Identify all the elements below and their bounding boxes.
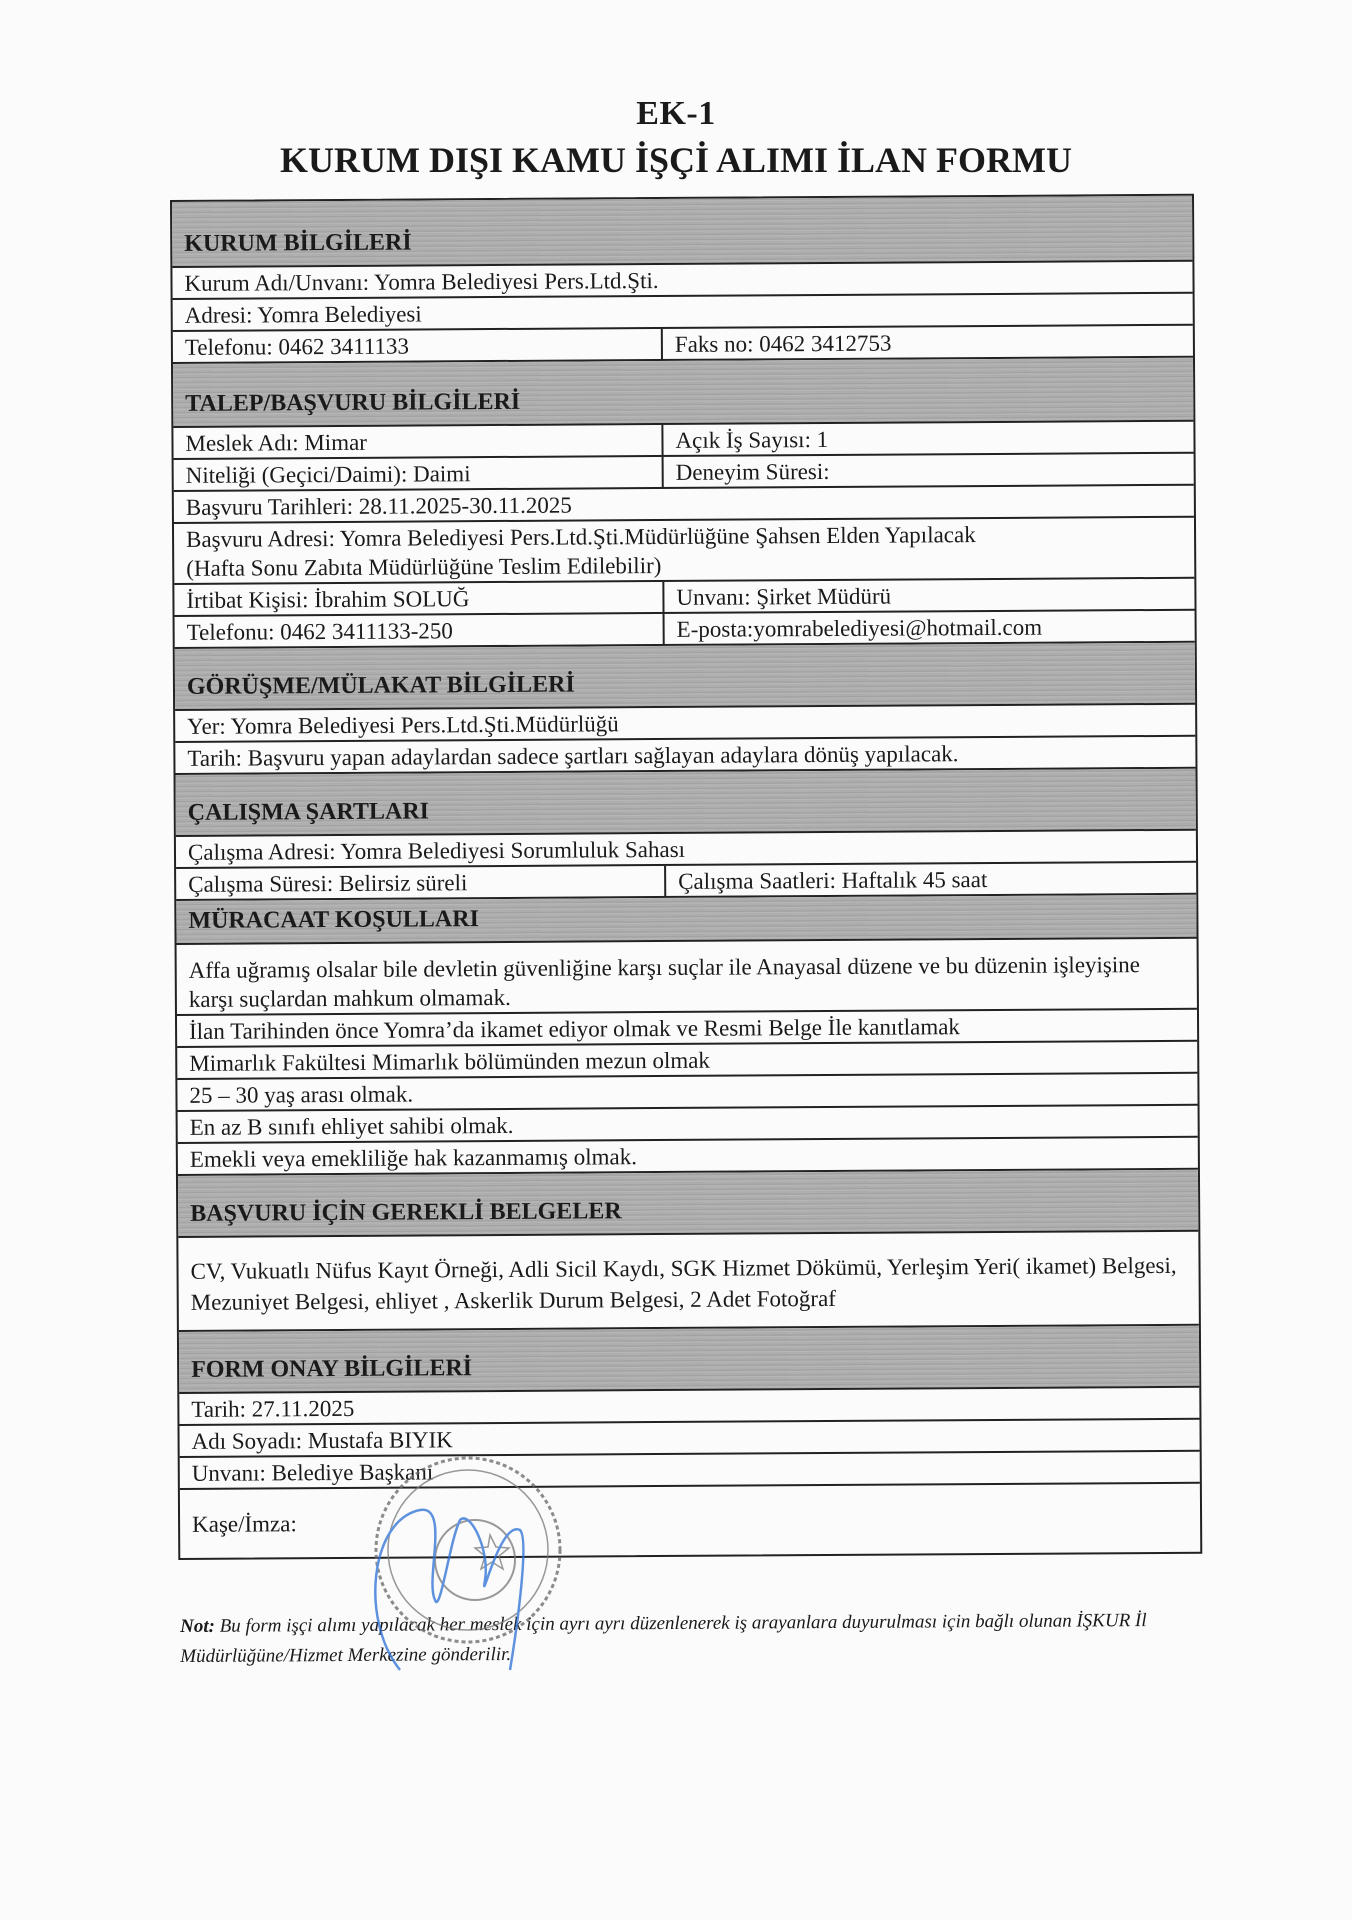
section-muracaat-heading: MÜRACAAT KOŞULLARI: [176, 895, 1196, 945]
condition-row: Affa uğramış olsalar bile devletin güven…: [177, 939, 1197, 1016]
section-onay-heading: FORM ONAY BİLGİLERİ: [179, 1326, 1199, 1394]
note-label: Not:: [180, 1616, 215, 1637]
experience: Deneyim Süresi:: [664, 456, 840, 487]
condition-item: Affa uğramış olsalar bile devletin güven…: [177, 949, 1197, 1014]
condition-item: 25 – 30 yaş arası olmak.: [177, 1074, 1197, 1110]
talep-address-row: Başvuru Adresi: Yomra Belediyesi Pers.Lt…: [174, 518, 1194, 585]
condition-item: En az B sınıfı ehliyet sahibi olmak.: [178, 1106, 1198, 1142]
footer-note: Not: Bu form işçi alımı yapılacak her me…: [180, 1606, 1220, 1672]
section-calisma-heading: ÇALIŞMA ŞARTLARI: [176, 769, 1196, 837]
interview-place: Yer: Yomra Belediyesi Pers.Ltd.Şti.Müdür…: [175, 705, 1195, 741]
contact-email[interactable]: E-posta:yomrabelediyesi@hotmail.com: [665, 612, 1053, 644]
contact-person: İrtibat Kişisi: İbrahim SOLUĞ: [174, 582, 664, 615]
application-address: Başvuru Adresi: Yomra Belediyesi Pers.Lt…: [174, 518, 1194, 583]
section-talep-heading: TALEP/BAŞVURU BİLGİLERİ: [173, 358, 1193, 428]
section-gorusme-heading: GÖRÜŞME/MÜLAKAT BİLGİLERİ: [175, 643, 1195, 711]
application-dates: Başvuru Tarihleri: 28.11.2025-30.11.2025: [174, 486, 1194, 522]
condition-item: Mimarlık Fakültesi Mimarlık bölümünden m…: [177, 1042, 1197, 1078]
work-hours: Çalışma Saatleri: Haftalık 45 saat: [666, 864, 997, 896]
condition-item: Emekli veya emekliliğe hak kazanmamış ol…: [178, 1138, 1198, 1174]
annex-label: EK-1: [0, 92, 1352, 136]
contact-title: Unvanı: Şirket Müdürü: [664, 581, 901, 612]
application-address-line2: (Hafta Sonu Zabıta Müdürlüğüne Teslim Ed…: [186, 548, 1184, 583]
kurum-address: Adresi: Yomra Belediyesi: [173, 294, 1193, 330]
profession: Meslek Adı: Mimar: [173, 425, 663, 458]
work-address: Çalışma Adresi: Yomra Belediyesi Sorumlu…: [176, 831, 1196, 867]
work-duration: Çalışma Süresi: Belirsiz süreli: [176, 866, 666, 899]
approver-title: Unvanı: Belediye Başkanı: [180, 1452, 1200, 1488]
required-documents: CV, Vukuatlı Nüfus Kayıt Örneği, Adli Si…: [178, 1232, 1199, 1332]
kurum-name: Kurum Adı/Unvanı: Yomra Belediyesi Pers.…: [172, 262, 1192, 298]
contact-phone: Telefonu: 0462 3411133-250: [175, 614, 665, 647]
announcement-form: KURUM BİLGİLERİ Kurum Adı/Unvanı: Yomra …: [170, 194, 1202, 1560]
section-belgeler-heading: BAŞVURU İÇİN GEREKLİ BELGELER: [178, 1170, 1198, 1238]
form-title: KURUM DIŞI KAMU İŞÇİ ALIMI İLAN FORMU: [0, 136, 1352, 184]
onay-stamp-row: Kaşe/İmza:: [180, 1484, 1200, 1558]
kurum-phone: Telefonu: 0462 3411133: [173, 329, 663, 362]
section-kurum-heading: KURUM BİLGİLERİ: [172, 196, 1192, 268]
note-text: Bu form işçi alımı yapılacak her meslek …: [180, 1610, 1146, 1667]
interview-date: Tarih: Başvuru yapan adaylardan sadece ş…: [175, 737, 1195, 773]
nature: Niteliği (Geçici/Daimi): Daimi: [174, 457, 664, 490]
kurum-fax: Faks no: 0462 3412753: [663, 328, 902, 359]
approver-name: Adı Soyadı: Mustafa BIYIK: [179, 1420, 1199, 1456]
condition-item: İlan Tarihinden önce Yomra’da ikamet edi…: [177, 1010, 1197, 1046]
stamp-signature-label: Kaşe/İmza:: [180, 1503, 1200, 1539]
approval-date: Tarih: 27.11.2025: [179, 1388, 1199, 1424]
open-jobs: Açık İş Sayısı: 1: [663, 424, 838, 455]
document-title-block: EK-1 KURUM DIŞI KAMU İŞÇİ ALIMI İLAN FOR…: [0, 92, 1352, 184]
